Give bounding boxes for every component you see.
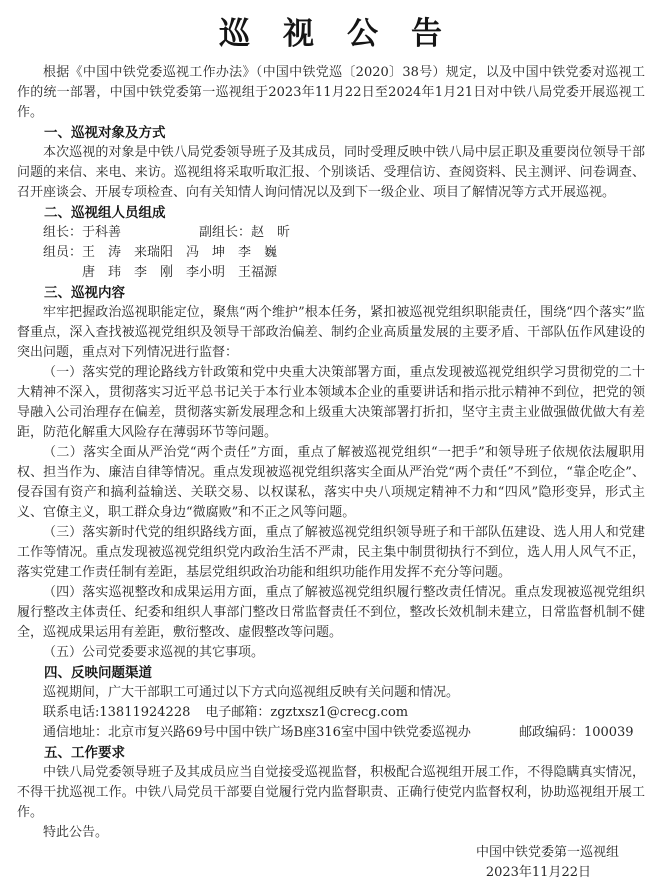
mailing-address: 北京市复兴路69号中国中铁广场B座316室中国中铁党委巡视办 xyxy=(108,725,471,740)
section-heading-objects-and-methods: 一、巡视对象及方式 xyxy=(17,123,645,143)
inspection-content-intro: 牢牢把握政治巡视职能定位，聚焦“两个维护”根本任务，紧扣被巡视党组织职能责任，围… xyxy=(17,303,645,363)
roster-line-members-row1: 组员：王 涛 来瑞阳 冯 坤 李 巍 xyxy=(17,243,645,263)
section-heading-team-members: 二、巡视组人员组成 xyxy=(17,203,645,223)
email-address: zgztxsz1@crecg.com xyxy=(270,705,408,720)
phone-number: 13811924228 xyxy=(99,705,190,720)
section-heading-inspection-content: 三、巡视内容 xyxy=(17,283,645,303)
phone-label: 联系电话: xyxy=(43,705,99,720)
inspection-content-item-1: （一）落实党的理论路线方针政策和党中央重大决策部署方面，重点发现被巡视党组织学习… xyxy=(17,363,645,443)
document-title: 巡 视 公 告 xyxy=(17,14,645,54)
intro-paragraph: 根据《中国中铁党委巡视工作办法》（中国中铁党巡〔2020〕38号）规定，以及中国… xyxy=(17,63,645,123)
signature-date: 2023年11月22日 xyxy=(17,863,645,883)
inspection-content-item-3: （三）落实新时代党的组织路线方面，重点了解被巡视党组织领导班子和干部队伍建设、选… xyxy=(17,523,645,583)
postal-code: 100039 xyxy=(584,725,634,740)
email-label: 电子邮箱： xyxy=(205,705,270,720)
feedback-channels-paragraph: 巡视期间，广大干部职工可通过以下方式向巡视组反映有关问题和情况。 xyxy=(17,683,645,703)
closing-line: 特此公告。 xyxy=(17,823,645,843)
contact-address-line: 通信地址：北京市复兴路69号中国中铁广场B座316室中国中铁党委巡视办邮政编码：… xyxy=(17,723,645,743)
contact-phone-email-line: 联系电话:13811924228电子邮箱：zgztxsz1@crecg.com xyxy=(17,703,645,723)
objects-and-methods-paragraph: 本次巡视的对象是中铁八局党委领导班子及其成员，同时受理反映中铁八局中层正职及重要… xyxy=(17,143,645,203)
address-label: 通信地址： xyxy=(43,725,108,740)
inspection-content-item-2: （二）落实全面从严治党“两个责任”方面，重点了解被巡视党组织“一把手”和领导班子… xyxy=(17,443,645,523)
section-heading-work-requirements: 五、工作要求 xyxy=(17,743,645,763)
work-requirements-paragraph: 中铁八局党委领导班子及其成员应当自觉接受巡视监督，积极配合巡视组开展工作，不得隐… xyxy=(17,763,645,823)
postal-code-label: 邮政编码： xyxy=(519,725,584,740)
inspection-content-item-4: （四）落实巡视整改和成果运用方面，重点了解被巡视党组织履行整改责任情况。重点发现… xyxy=(17,583,645,643)
inspection-notice-document: 巡 视 公 告 根据《中国中铁党委巡视工作办法》（中国中铁党巡〔2020〕38号… xyxy=(0,0,662,886)
roster-line-members-row2: 唐 玮 李 刚 李小明 王福源 xyxy=(17,263,645,283)
section-heading-feedback-channels: 四、反映问题渠道 xyxy=(17,663,645,683)
inspection-content-item-5: （五）公司党委要求巡视的其它事项。 xyxy=(17,643,645,663)
roster-line-leader-deputy: 组长：于科善 副组长：赵 昕 xyxy=(17,223,645,243)
signature-organization: 中国中铁党委第一巡视组 xyxy=(17,843,645,863)
